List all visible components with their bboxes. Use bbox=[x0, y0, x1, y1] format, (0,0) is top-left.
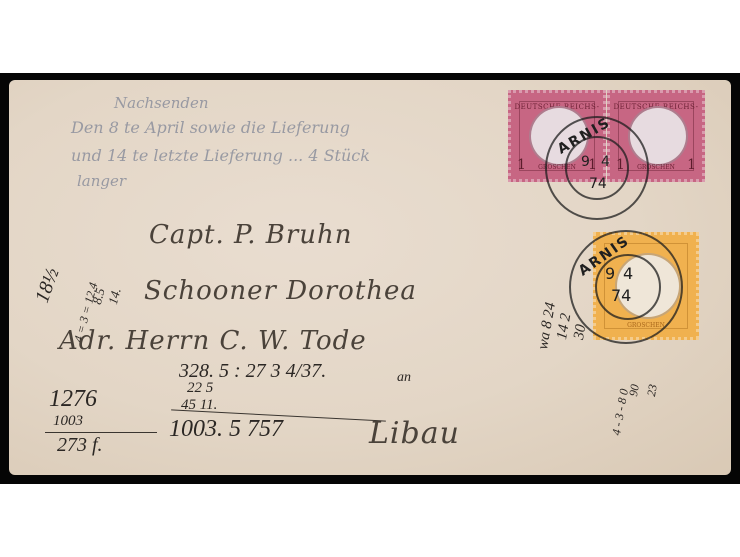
pencil-note-line: und 14 te letzte Lieferung ... 4 Stück bbox=[71, 146, 370, 165]
address-line-3: Adr. Herrn C. W. Tode bbox=[59, 326, 367, 356]
address-line-2: Schooner Dorothea bbox=[144, 276, 417, 306]
margin-number: 18½ bbox=[31, 265, 65, 306]
calc-bottom-left: 1276 bbox=[49, 386, 97, 413]
postmark-year: 74 bbox=[589, 176, 607, 192]
calc-misc: an bbox=[397, 370, 411, 386]
pencil-note-line: Nachsenden bbox=[114, 94, 209, 112]
pencil-note-line: Den 8 te April sowie die Lieferung bbox=[71, 118, 350, 137]
calc-bottom-left: 273 f. bbox=[57, 434, 103, 457]
margin-fraction-bottom: 14. bbox=[105, 286, 125, 306]
postmark-day: 9 bbox=[581, 154, 590, 170]
calc-far-right: 90 bbox=[626, 383, 643, 397]
postmark-year: 74 bbox=[611, 286, 631, 305]
postmark-month: 4 bbox=[601, 154, 610, 170]
calc-line: 22 5 bbox=[187, 380, 213, 397]
calc-far-right: 23 bbox=[644, 383, 661, 397]
address-line-1: Capt. P. Bruhn bbox=[149, 220, 353, 250]
postmark-month: 4 bbox=[623, 264, 633, 283]
pencil-note-line: langer bbox=[77, 172, 126, 190]
calc-divider bbox=[45, 432, 157, 433]
calc-line: 1003. 5 757 bbox=[169, 416, 283, 443]
envelope: Nachsenden Den 8 te April sowie die Lief… bbox=[9, 80, 731, 475]
stamp-denomination: 1 bbox=[687, 157, 696, 173]
postmark-day: 9 bbox=[605, 264, 615, 283]
calc-bottom-left: 1003 bbox=[53, 413, 83, 430]
